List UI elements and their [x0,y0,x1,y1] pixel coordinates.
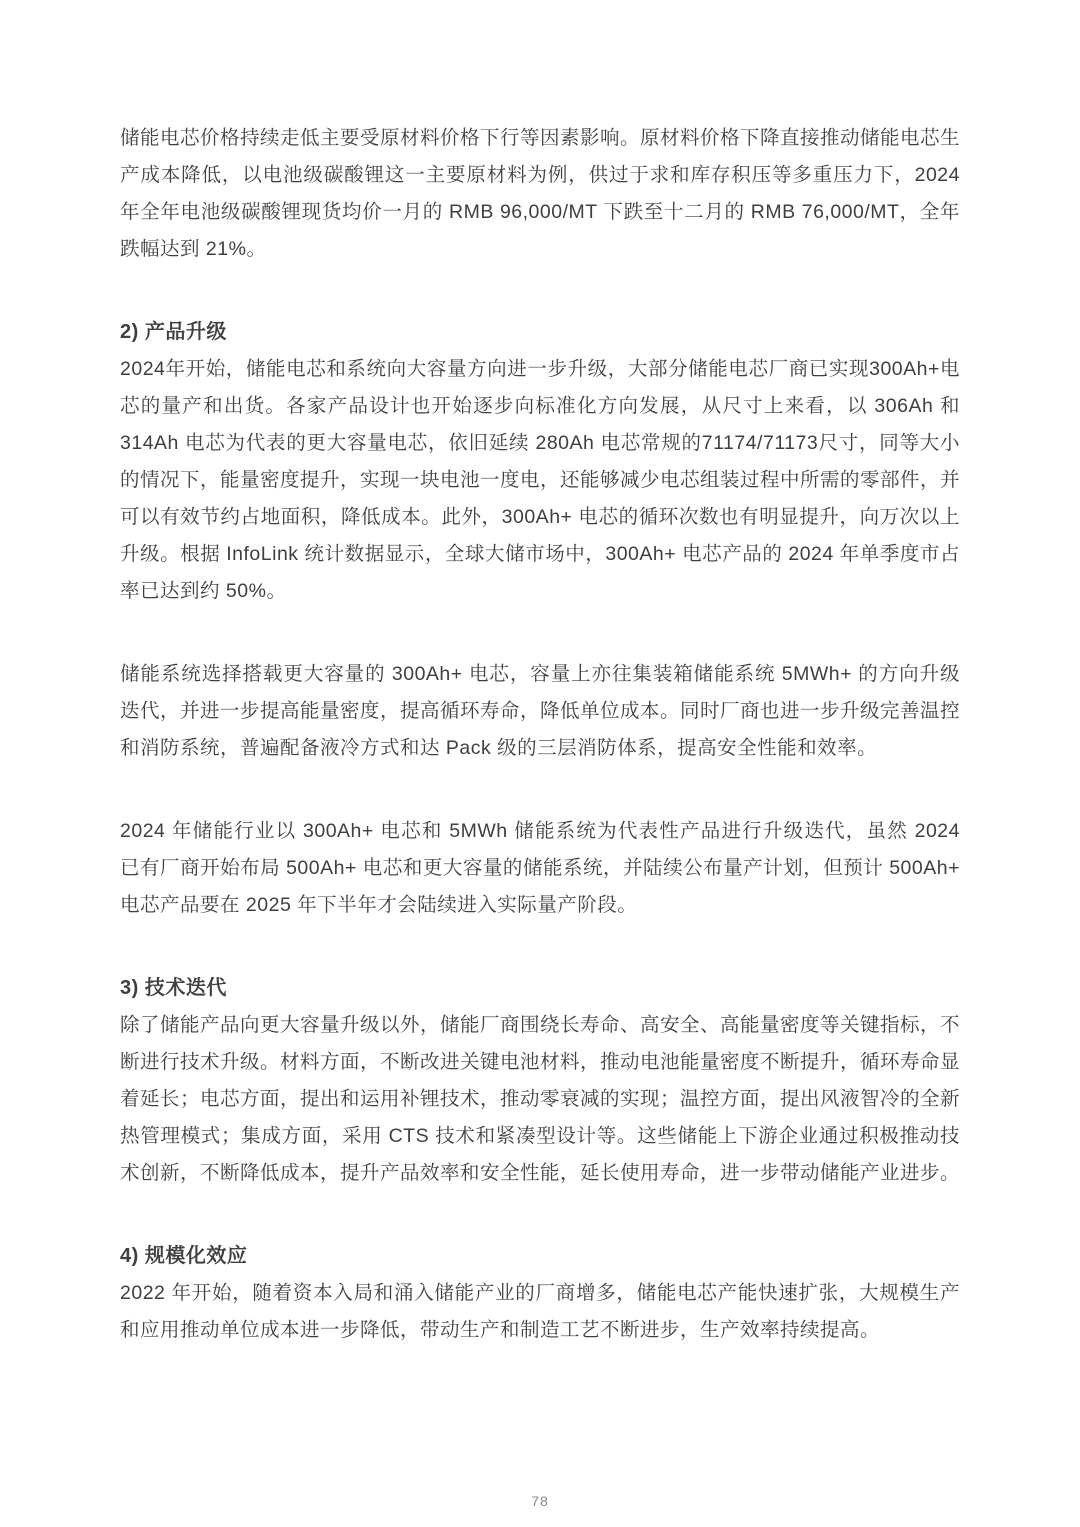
heading-scale-effect: 4) 规模化效应 [120,1238,960,1275]
page-number: 78 [531,1493,549,1509]
page-footer: 78 [0,1493,1080,1511]
paragraph-product-upgrade: 2024年开始，储能电芯和系统向大容量方向进一步升级，大部分储能电芯厂商已实现3… [120,351,960,610]
paragraph-storage-system-upgrade: 储能系统选择搭载更大容量的 300Ah+ 电芯，容量上亦往集装箱储能系统 5MW… [120,656,960,767]
page-content: 储能电芯价格持续走低主要受原材料价格下行等因素影响。原材料价格下降直接推动储能电… [0,0,1080,1349]
heading-product-upgrade: 2) 产品升级 [120,314,960,351]
paragraph-cell-price-decline: 储能电芯价格持续走低主要受原材料价格下行等因素影响。原材料价格下降直接推动储能电… [120,120,960,268]
paragraph-tech-iteration: 除了储能产品向更大容量升级以外，储能厂商围绕长寿命、高安全、高能量密度等关键指标… [120,1007,960,1192]
document-page: 储能电芯价格持续走低主要受原材料价格下行等因素影响。原材料价格下降直接推动储能电… [0,0,1080,1527]
paragraph-scale-effect: 2022 年开始，随着资本入局和涌入储能产业的厂商增多，储能电芯产能快速扩张，大… [120,1275,960,1349]
paragraph-industry-iteration: 2024 年储能行业以 300Ah+ 电芯和 5MWh 储能系统为代表性产品进行… [120,813,960,924]
heading-tech-iteration: 3) 技术迭代 [120,970,960,1007]
